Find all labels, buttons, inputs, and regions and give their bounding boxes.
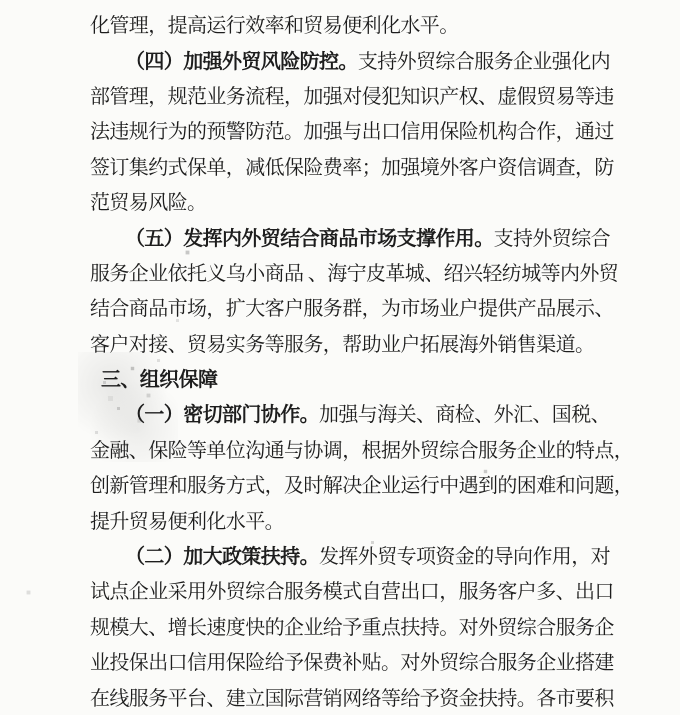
line-text: 客户对接、贸易实务等服务，帮助业户拓展海外销售渠道。 <box>90 328 594 357</box>
line-text: 加强与海关、商检、外汇、国税、 <box>319 398 610 427</box>
text-line: （一）密切部门协作。加强与海关、商检、外汇、国税、 <box>90 395 650 430</box>
document-body: 化管理，提高运行效率和贸易便利化水平。（四）加强外贸风险防控。支持外贸综合服务企… <box>90 6 650 714</box>
text-line: 客户对接、贸易实务等服务，帮助业户拓展海外销售渠道。 <box>90 325 650 360</box>
line-text: 支持外贸综合 <box>494 222 610 251</box>
line-text: 提升贸易便利化水平。 <box>90 505 284 534</box>
text-line: 部管理，规范业务流程，加强对侵犯知识产权、虚假贸易等违 <box>90 77 650 112</box>
line-text: 结合商品市场，扩大客户服务群，为市场业户提供产品展示、 <box>90 292 614 321</box>
line-text: 部管理，规范业务流程，加强对侵犯知识产权、虚假贸易等违 <box>90 80 614 109</box>
scanned-document-page: 化管理，提高运行效率和贸易便利化水平。（四）加强外贸风险防控。支持外贸综合服务企… <box>0 0 680 715</box>
line-text: 法违规行为的预警防范。加强与出口信用保险机构合作，通过 <box>90 115 614 144</box>
section-heading-line: 三、组织保障 <box>90 360 650 395</box>
text-line: 提升贸易便利化水平。 <box>90 501 650 536</box>
text-line: 试点企业采用外贸综合服务模式自营出口，服务客户多、出口 <box>90 572 650 607</box>
scan-speckle-artifacts <box>0 0 1 1</box>
line-text: 范贸易风险。 <box>90 186 206 215</box>
line-text: 业投保出口信用保险给予保费补贴。对外贸综合服务企业搭建 <box>90 646 614 675</box>
line-text: 签订集约式保单，减低保险费率；加强境外客户资信调查，防 <box>90 151 614 180</box>
text-line: 结合商品市场，扩大客户服务群，为市场业户提供产品展示、 <box>90 289 650 324</box>
text-line: （二）加大政策扶持。发挥外贸专项资金的导向作用，对 <box>90 537 650 572</box>
text-line: 签订集约式保单，减低保险费率；加强境外客户资信调查，防 <box>90 148 650 183</box>
paragraph-lead: （二）加大政策扶持。 <box>125 540 319 569</box>
text-line: 范贸易风险。 <box>90 183 650 218</box>
line-text: 发挥外贸专项资金的导向作用，对 <box>319 540 610 569</box>
paragraph-lead: （五）发挥内外贸结合商品市场支撑作用。 <box>125 222 494 251</box>
text-line: 规模大、增长速度快的企业给予重点扶持。对外贸综合服务企 <box>90 608 650 643</box>
text-line: 法违规行为的预警防范。加强与出口信用保险机构合作，通过 <box>90 112 650 147</box>
line-text: 金融、保险等单位沟通与协调，根据外贸综合服务企业的特点， <box>90 434 633 463</box>
text-line: 金融、保险等单位沟通与协调，根据外贸综合服务企业的特点， <box>90 431 650 466</box>
line-text: 在线服务平台、建立国际营销网络等给予资金扶持。各市要积 <box>90 682 614 711</box>
text-line: （四）加强外贸风险防控。支持外贸综合服务企业强化内 <box>90 41 650 76</box>
text-line: 在线服务平台、建立国际营销网络等给予资金扶持。各市要积 <box>90 678 650 713</box>
line-text: 支持外贸综合服务企业强化内 <box>358 45 610 74</box>
text-line: 业投保出口信用保险给予保费补贴。对外贸综合服务企业搭建 <box>90 643 650 678</box>
text-line: （五）发挥内外贸结合商品市场支撑作用。支持外贸综合 <box>90 218 650 253</box>
paragraph-lead: （四）加强外贸风险防控。 <box>125 45 358 74</box>
line-text: 化管理，提高运行效率和贸易便利化水平。 <box>90 9 459 38</box>
line-text: 创新管理和服务方式，及时解决企业运行中遇到的困难和问题， <box>90 469 633 498</box>
line-text: 服务企业依托义乌小商品 、海宁皮革城、绍兴轻纺城等内外贸 <box>90 257 618 286</box>
text-line: 服务企业依托义乌小商品 、海宁皮革城、绍兴轻纺城等内外贸 <box>90 254 650 289</box>
line-text: 试点企业采用外贸综合服务模式自营出口，服务客户多、出口 <box>90 575 614 604</box>
text-line: 创新管理和服务方式，及时解决企业运行中遇到的困难和问题， <box>90 466 650 501</box>
line-text: 规模大、增长速度快的企业给予重点扶持。对外贸综合服务企 <box>90 611 614 640</box>
paragraph-lead: （一）密切部门协作。 <box>125 398 319 427</box>
section-heading: 三、组织保障 <box>101 363 217 392</box>
text-line: 化管理，提高运行效率和贸易便利化水平。 <box>90 6 650 41</box>
